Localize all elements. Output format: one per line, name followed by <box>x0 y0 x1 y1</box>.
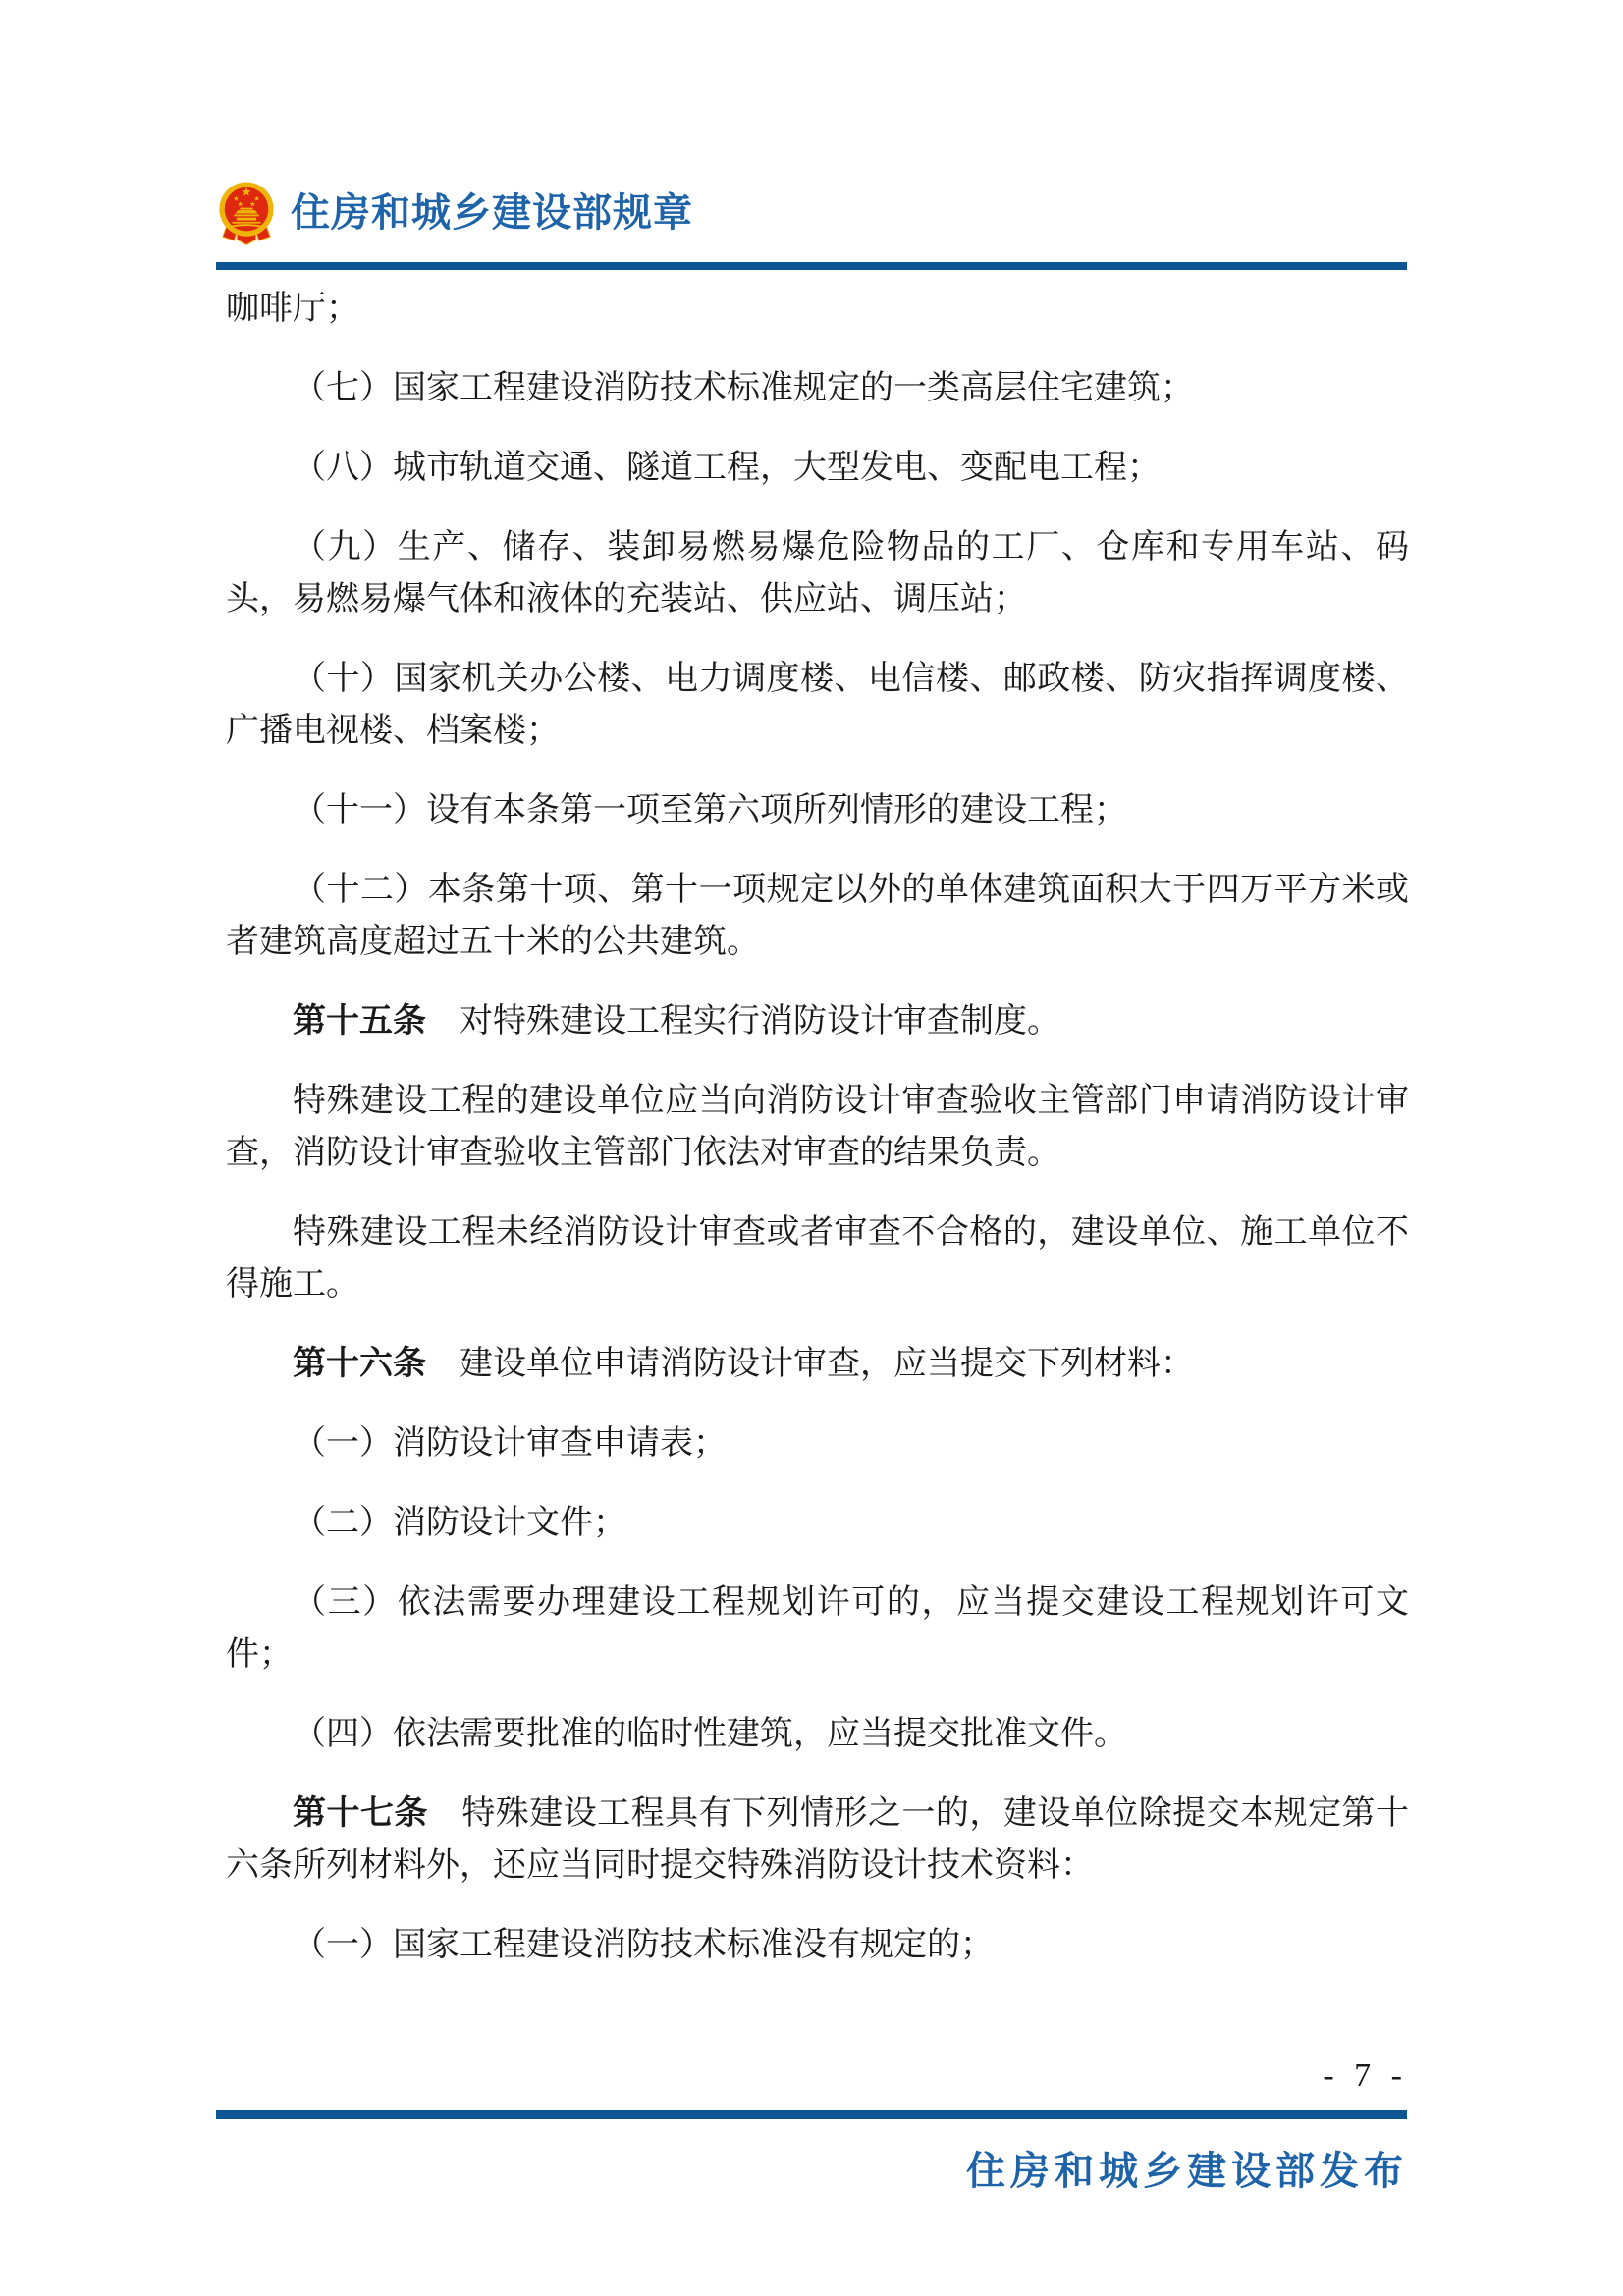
paragraph: （四）依法需要批准的临时性建筑，应当提交批准文件。 <box>226 1708 1409 1760</box>
paragraph: 第十五条 对特殊建设工程实行消防设计审查制度。 <box>226 995 1409 1047</box>
paragraph: （三）依法需要办理建设工程规划许可的，应当提交建设工程规划许可文件； <box>226 1576 1409 1681</box>
article-number: 第十七条 <box>293 1795 428 1832</box>
paragraph: 第十七条 特殊建设工程具有下列情形之一的，建设单位除提交本规定第十六条所列材料外… <box>226 1788 1409 1892</box>
article-number: 第十六条 <box>293 1346 426 1382</box>
page-number: - 7 - <box>1323 2059 1408 2093</box>
header-title: 住房和城乡建设部规章 <box>291 193 693 233</box>
paragraph: （七）国家工程建设消防技术标准规定的一类高层住宅建筑； <box>226 362 1409 414</box>
paragraph: （九）生产、储存、装卸易燃易爆危险物品的工厂、仓库和专用车站、码头，易燃易爆气体… <box>226 521 1409 625</box>
paragraph: 第十六条 建设单位申请消防设计审查，应当提交下列材料： <box>226 1338 1409 1390</box>
national-emblem-icon <box>216 181 277 245</box>
publisher-label: 住房和城乡建设部发布 <box>966 2152 1408 2191</box>
document-page: 住房和城乡建设部规章 咖啡厅；（七）国家工程建设消防技术标准规定的一类高层住宅建… <box>0 0 1623 2296</box>
paragraph: （八）城市轨道交通、隧道工程，大型发电、变配电工程； <box>226 442 1409 494</box>
paragraph: （二）消防设计文件； <box>226 1497 1409 1549</box>
paragraph: （十二）本条第十项、第十一项规定以外的单体建筑面积大于四万平方米或者建筑高度超过… <box>226 864 1409 968</box>
header-rule <box>216 262 1407 270</box>
article-number: 第十五条 <box>293 1003 426 1040</box>
paragraph: （一）消防设计审查申请表； <box>226 1417 1409 1469</box>
paragraph: 咖啡厅； <box>226 283 1409 335</box>
document-body: 咖啡厅；（七）国家工程建设消防技术标准规定的一类高层住宅建筑；（八）城市轨道交通… <box>226 283 1409 1999</box>
paragraph: 特殊建设工程未经消防设计审查或者审查不合格的，建设单位、施工单位不得施工。 <box>226 1206 1409 1310</box>
paragraph: （一）国家工程建设消防技术标准没有规定的； <box>226 1919 1409 1971</box>
paragraph: （十一）设有本条第一项至第六项所列情形的建设工程； <box>226 784 1409 836</box>
header: 住房和城乡建设部规章 <box>216 181 693 245</box>
paragraph: （十）国家机关办公楼、电力调度楼、电信楼、邮政楼、防灾指挥调度楼、广播电视楼、档… <box>226 653 1409 757</box>
footer-rule <box>216 2110 1407 2119</box>
paragraph: 特殊建设工程的建设单位应当向消防设计审查验收主管部门申请消防设计审查，消防设计审… <box>226 1075 1409 1179</box>
